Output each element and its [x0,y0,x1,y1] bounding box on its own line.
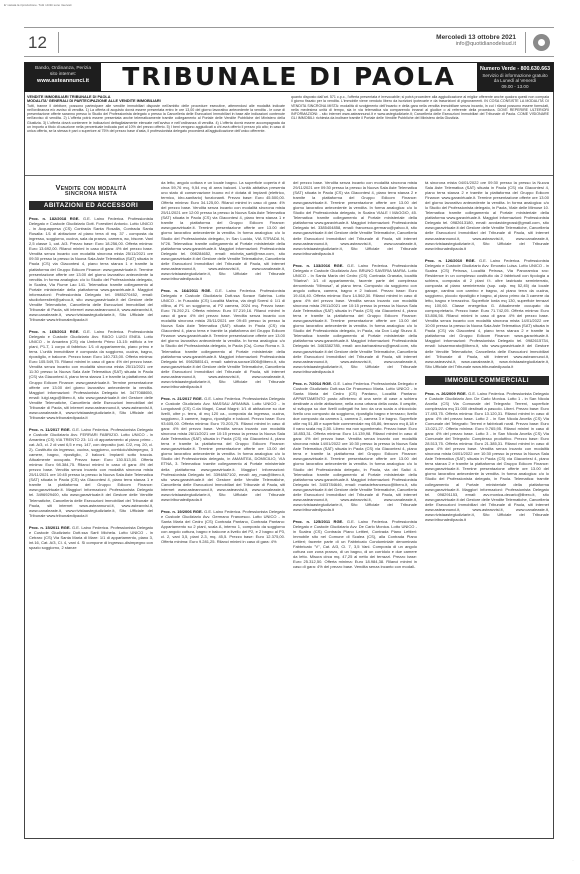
divider [58,32,59,53]
auction-notice: Proc. n. 11/2017 RGE. G.E. Laino Federic… [29,427,153,518]
column-2: da letto, angolo cottura e un locale bag… [161,180,285,551]
notice-text: G.E. Laino Federica. Professionista Dele… [29,216,153,322]
notice-text: G.E. Laino Federica. Professionista Dele… [29,427,153,518]
auction-notice: Proc. n. 125/2011 RGE. G.E. Laino Federi… [293,519,417,569]
category-heading-commerciali: IMMOBILI COMMERCIALI [425,376,549,385]
notice-text: G.E. Laino Federica. Professionista Dele… [293,381,417,512]
auction-notice: Proc. n. 182/2018 RGE. G.E. Laino Federi… [29,216,153,322]
auction-notice: Proc. n. 133/2016 RGE. G.E. Laino Federi… [293,263,417,374]
section-subtitle: SINCRONA MISTA [29,192,153,197]
notice-text: G.E. Laino Federica. Professionista Dele… [425,391,549,522]
auction-notice: Proc. n. 26/2009 RGE. G.E. Laino Federic… [425,391,549,522]
page-number: 12 [28,33,47,53]
notice-text: G.E. Laino Federica. Professionista Dele… [161,509,285,544]
column-1: Vendite con modalità SINCRONA MISTA ABIT… [29,180,153,557]
banner-info-right: Numero Verde - 800.630.663 Servizio di i… [477,63,553,91]
toll-free-number: Numero Verde - 800.630.663 [477,66,553,73]
general-terms: VENDITE IMMOBILIARI TRIBUNALE DI PAOLA M… [27,95,553,173]
auction-notice: Proc. n. 15/2011 RGE. G.E. Laino Federic… [29,525,153,550]
newspaper-logo-icon [533,34,550,51]
category-heading-abitazioni: ABITAZIONI ED ACCESSORI [29,201,153,210]
tribunale-banner: Bando, Ordinanza, Perizia sito internet:… [24,62,554,92]
notice-text: tà sincrona mista 04/01/2022 ore 09:30 p… [425,180,549,251]
notice-text: del prezzo base. Vendita senza incanto c… [293,180,417,256]
service-hours: 09.00 - 13.00 [477,84,553,90]
auction-notice: Proc. n. 164/2011 RGE. G.E. Laino Federi… [161,288,285,389]
notice-text: G.E. Laino Federica. Professionista Dele… [161,288,285,389]
auction-notice-continued: da letto, angolo cottura e un locale bag… [161,180,285,281]
divider [525,32,526,53]
page-header: 12 Mercoledì 13 ottobre 2021 info@quotid… [24,27,554,57]
auction-notice: Proc. n. 126/2010 RGE. G.E. Laino Federi… [425,258,549,369]
auction-notice-continued: tà sincrona mista 04/01/2022 ore 09:30 p… [425,180,549,251]
general-terms-text: quanto disposto dall'art. 571 c.p.c., l'… [291,95,549,121]
general-terms-text: Tutti, tranne il debitore, possono parte… [27,104,285,134]
auction-notice: Proc. n. 7/2014 RGE. G.E. Laino Federica… [293,381,417,512]
general-terms-left: VENDITE IMMOBILIARI TRIBUNALE DI PAOLA M… [27,95,285,134]
general-terms-right: quanto disposto dall'art. 571 c.p.c., l'… [291,95,549,121]
notice-text: G.E. Laino Federica. Professionista Dele… [29,329,153,420]
notice-text: G.E. Laino Federica. Professionista Dele… [293,519,417,569]
auction-notice-continued: del prezzo base. Vendita senza incanto c… [293,180,417,256]
auction-notice: Proc. n. 21/2017 RGE. G.E. Laino Federic… [161,396,285,502]
corner-mark: .. [572,858,574,862]
notice-text: da letto, angolo cottura e un locale bag… [161,180,285,281]
notice-text: G.E. Laino Federica. Professionista Dele… [161,396,285,502]
issue-date: Mercoledì 13 ottobre 2021 [436,34,516,41]
date-block: Mercoledì 13 ottobre 2021 info@quotidian… [436,34,516,47]
notice-text: G.E. Laino Federica. Professionista Dele… [293,263,417,374]
banner-website-link[interactable]: www.asteannunci.it [25,78,101,85]
column-3: del prezzo base. Vendita senza incanto c… [293,180,417,576]
auction-notice: Proc. n. 165/2013 RGE. G.E. Laino Federi… [29,329,153,420]
section-divider [25,175,553,176]
banner-info-left: Bando, Ordinanza, Perizia sito internet:… [25,63,101,91]
contact-email: info@quotidianodelsud.it [436,41,516,47]
notices-frame: VENDITE IMMOBILIARI TRIBUNALE DI PAOLA M… [24,92,554,839]
column-4: tà sincrona mista 04/01/2022 ore 09:30 p… [425,180,549,529]
auction-notice: Proc. n. 19/2006 RGE. G.E. Laino Federic… [161,509,285,544]
notice-text: G.E. Laino Federica. Professionista Dele… [425,258,549,369]
page-title: TRIBUNALE DI PAOLA [101,63,477,91]
copyright-notice: E' vietata la riproduzione. Tutti i diri… [4,3,71,7]
